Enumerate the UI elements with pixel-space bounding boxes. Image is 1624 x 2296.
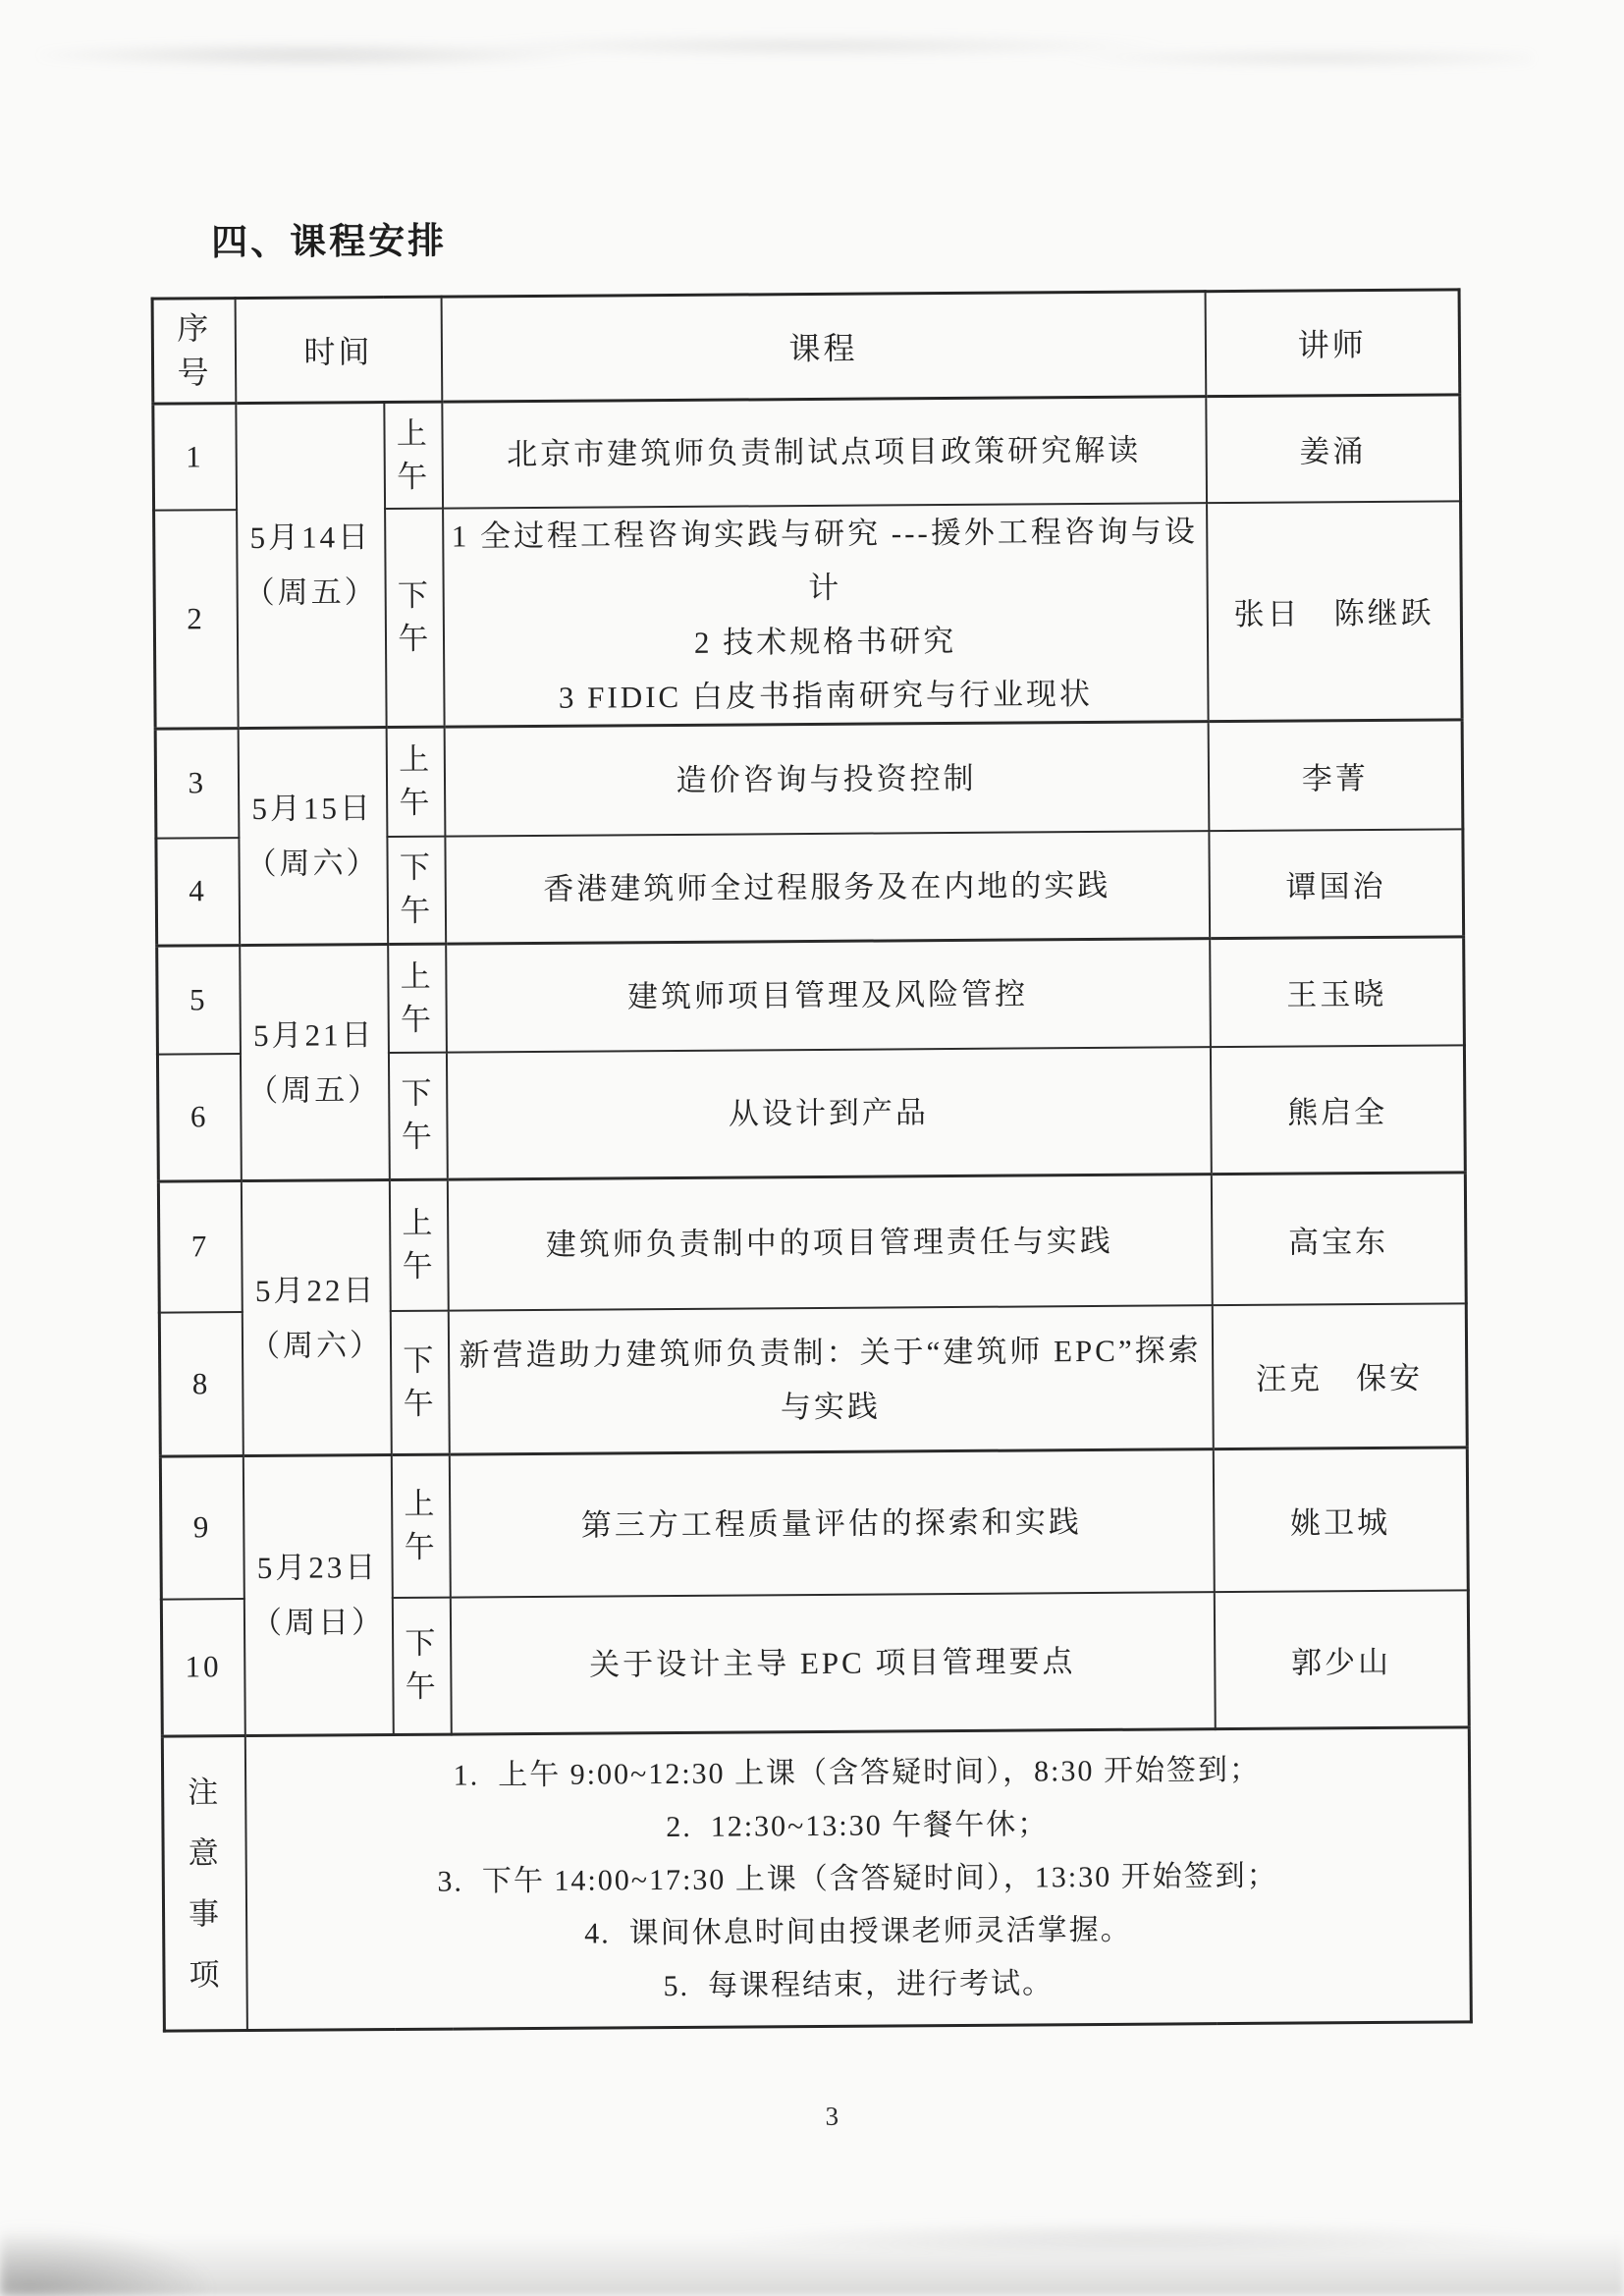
- row-number: 3: [155, 729, 239, 839]
- scanned-page: { "page": { "title": "四、课程安排", "page_num…: [0, 0, 1624, 2296]
- weekday-text: （周五）: [238, 565, 384, 621]
- session-cell: 下午: [388, 1052, 447, 1179]
- lecturer-cell: 汪克 保安: [1212, 1303, 1467, 1449]
- note-item: 2. 12:30~13:30 午餐午休；: [246, 1795, 1469, 1857]
- notes-content-cell: 1. 上午 9:00~12:30 上课（含答疑时间），8:30 开始签到； 2.…: [244, 1727, 1471, 2031]
- weekday-text: （周五）: [242, 1063, 388, 1119]
- course-schedule-table: 序号 时间 课程 讲师 1 5月14日 （周五） 上午 北京市建筑师负责制试点项…: [151, 288, 1473, 2032]
- page-number: 3: [825, 2102, 839, 2132]
- lecturer-cell: 王玉晓: [1210, 937, 1465, 1047]
- course-cell: 关于设计主导 EPC 项目管理要点: [450, 1592, 1215, 1734]
- notes-label: 注意事项: [188, 1762, 222, 2005]
- lecturer-cell: 李菁: [1208, 720, 1463, 831]
- date-text: 5月15日: [240, 781, 386, 837]
- header-lecturer: 讲师: [1205, 290, 1460, 397]
- session-text: 上午: [402, 1202, 435, 1288]
- date-cell: 5月23日 （周日）: [243, 1455, 393, 1736]
- header-no-label: 序号: [177, 306, 211, 396]
- course-cell: 造价咨询与投资控制: [444, 722, 1209, 836]
- row-number: 10: [161, 1599, 244, 1737]
- course-cell: 新营造助力建筑师负责制：关于“建筑师 EPC”探索与实践: [448, 1305, 1213, 1454]
- date-text: 5月23日: [244, 1540, 391, 1596]
- lecturer-cell: 姚卫城: [1213, 1448, 1468, 1592]
- table-row: 9 5月23日 （周日） 上午 第三方工程质量评估的探索和实践 姚卫城: [160, 1448, 1468, 1599]
- date-cell: 5月15日 （周六）: [238, 728, 388, 946]
- header-time: 时间: [235, 297, 442, 403]
- date-text: 5月21日: [241, 1008, 387, 1064]
- course-cell: 第三方工程质量评估的探索和实践: [449, 1449, 1214, 1597]
- row-number: 7: [158, 1181, 242, 1313]
- session-cell: 上午: [389, 1179, 448, 1310]
- lecturer-cell: 高宝东: [1211, 1173, 1466, 1305]
- header-row: 序号 时间 课程 讲师: [152, 290, 1460, 404]
- document-sheet: 四、课程安排 序号 时间 课程 讲师 1 5月14日 （周五） 上午 北京市建筑…: [0, 0, 1624, 2296]
- table-row: 1 5月14日 （周五） 上午 北京市建筑师负责制试点项目政策研究解读 姜涌: [153, 395, 1461, 510]
- session-cell: 上午: [388, 944, 447, 1052]
- weekday-text: （周六）: [240, 836, 386, 892]
- session-text: 下午: [405, 1622, 438, 1709]
- session-text: 上午: [397, 411, 430, 498]
- course-cell: 1 全过程工程咨询实践与研究 ---援外工程咨询与设计 2 技术规格书研究 3 …: [443, 503, 1209, 728]
- session-cell: 上午: [391, 1454, 450, 1597]
- lecturer-cell: 姜涌: [1206, 395, 1461, 503]
- table-row: 5 5月21日 （周五） 上午 建筑师项目管理及风险管控 王玉晓: [157, 937, 1465, 1054]
- session-cell: 下午: [390, 1310, 449, 1454]
- row-number: 4: [156, 838, 240, 947]
- weekday-text: （周日）: [244, 1595, 391, 1651]
- row-number: 1: [153, 404, 237, 511]
- session-cell: 上午: [384, 402, 443, 508]
- row-number: 5: [157, 946, 241, 1055]
- page-title: 四、课程安排: [211, 211, 447, 266]
- date-cell: 5月22日 （周六）: [241, 1180, 391, 1456]
- course-cell: 从设计到产品: [446, 1047, 1211, 1179]
- lecturer-cell: 熊启全: [1210, 1045, 1465, 1175]
- lecturer-cell: 谭国治: [1209, 829, 1464, 939]
- header-course: 课程: [441, 292, 1206, 402]
- session-text: 上午: [401, 956, 434, 1042]
- course-cell: 北京市建筑师负责制试点项目政策研究解读: [442, 397, 1207, 508]
- date-text: 5月14日: [238, 510, 384, 566]
- table-row: 3 5月15日 （周六） 上午 造价咨询与投资控制 李菁: [155, 720, 1463, 838]
- date-cell: 5月21日 （周五）: [240, 945, 390, 1181]
- session-text: 下午: [398, 574, 431, 661]
- date-cell: 5月14日 （周五）: [236, 403, 386, 729]
- session-text: 下午: [400, 847, 433, 933]
- note-item: 3. 下午 14:00~17:30 上课（含答疑时间），13:30 开始签到；: [246, 1848, 1469, 1910]
- header-no: 序号: [152, 299, 236, 405]
- course-line: 2 技术规格书研究: [444, 612, 1206, 672]
- session-cell: 下午: [392, 1597, 451, 1734]
- course-cell: 建筑师负责制中的项目管理责任与实践: [447, 1175, 1212, 1310]
- session-cell: 下午: [385, 508, 445, 728]
- row-number: 2: [154, 510, 239, 730]
- note-item: 5. 每课程结束，进行考试。: [247, 1954, 1470, 2016]
- course-line: 3 FIDIC 白皮书指南研究与行业现状: [445, 666, 1207, 726]
- session-text: 上午: [399, 738, 432, 825]
- session-text: 下午: [401, 1072, 434, 1159]
- course-cell: 香港建筑师全过程服务及在内地的实践: [445, 831, 1210, 944]
- row-number: 6: [157, 1054, 241, 1182]
- notes-label-cell: 注意事项: [162, 1736, 246, 2032]
- course-line: 1 全过程工程咨询实践与研究 ---援外工程咨询与设计: [444, 504, 1207, 618]
- notes-row: 注意事项 1. 上午 9:00~12:30 上课（含答疑时间），8:30 开始签…: [162, 1727, 1471, 2031]
- lecturer-cell: 张日 陈继跃: [1207, 501, 1463, 722]
- session-text: 上午: [404, 1483, 437, 1569]
- note-item: 1. 上午 9:00~12:30 上课（含答疑时间），8:30 开始签到；: [245, 1742, 1468, 1804]
- session-cell: 上午: [386, 727, 445, 836]
- weekday-text: （周六）: [243, 1318, 389, 1374]
- course-cell: 建筑师项目管理及风险管控: [446, 939, 1211, 1052]
- lecturer-cell: 郭少山: [1214, 1590, 1469, 1729]
- session-text: 下午: [403, 1339, 436, 1426]
- row-number: 8: [159, 1312, 243, 1457]
- row-number: 9: [160, 1456, 244, 1600]
- session-cell: 下午: [387, 836, 446, 944]
- note-item: 4. 课间休息时间由授课老师灵活掌握。: [247, 1901, 1470, 1963]
- table-row: 7 5月22日 （周六） 上午 建筑师负责制中的项目管理责任与实践 高宝东: [158, 1173, 1466, 1312]
- date-text: 5月22日: [243, 1263, 389, 1319]
